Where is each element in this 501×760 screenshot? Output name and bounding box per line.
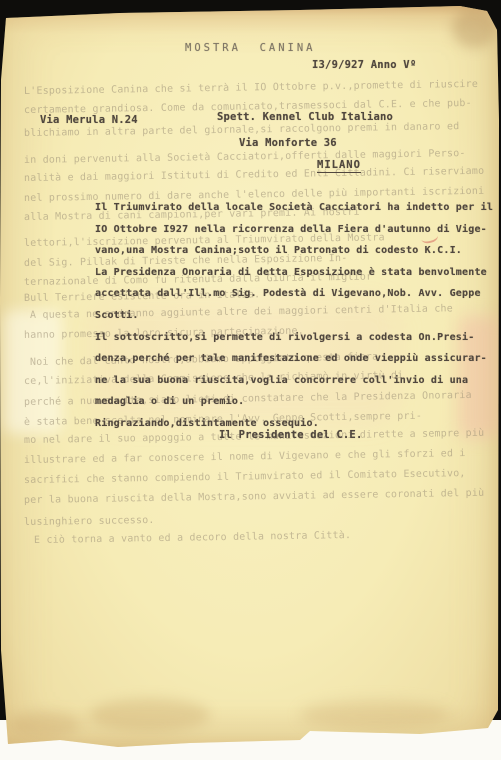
letter-paper: L'Esposizione Canina che si terrà il IO …	[0, 0, 501, 752]
letter-body-line: Il Triumvirato della locale Società Cacc…	[95, 197, 493, 219]
letter-body-line: ne la sua buona riuscita,voglia concorre…	[95, 370, 493, 392]
letter-body-line: vano,una Mostra Canina;sotto il Patronat…	[95, 240, 493, 262]
folded-corner-shade	[452, 8, 498, 48]
date-line: I3/9/927 Anno Vº	[312, 59, 416, 71]
sender-address: Via Merula N.24	[40, 114, 138, 126]
scanned-document: L'Esposizione Canina che si terrà il IO …	[0, 0, 501, 760]
signature-line: Il Presidente del C.E.	[219, 429, 362, 441]
letter-body-line: medaglia o di un premio.	[95, 391, 493, 413]
paper-stain	[90, 698, 210, 732]
ghost-text-line: in doni pervenuti alla Società Cacciator…	[24, 148, 466, 166]
ghost-text-line: lusinghiero successo.	[24, 515, 155, 528]
recipient-street: Via Monforte 36	[239, 137, 337, 149]
letter-body-line: Il sottoscritto,si permette di rivolgers…	[95, 327, 493, 349]
paper-stain	[300, 700, 450, 730]
stamp-header: MOSTRA CANINA	[185, 42, 316, 54]
ghost-text-line: nalità e dai maggiori Istituti di Credit…	[24, 166, 484, 184]
ghost-text-line: per la buona riuscita della Mostra,sono …	[24, 488, 484, 506]
paper-stain	[10, 712, 80, 738]
ghost-text-line: L'Esposizione Canina che si terrà il IO …	[24, 79, 478, 97]
letter-body-line: La Presidenza Onoraria di detta Esposizi…	[95, 262, 493, 284]
recipient-city: MILANO	[317, 159, 361, 173]
recipient-name: Spett. Kennel Club Italiano	[217, 111, 393, 123]
ghost-text-line: sacrifici che stanno compiendo il Triumv…	[24, 468, 466, 486]
letter-body-line: denza,perché per tale manifestazione ed …	[95, 348, 493, 370]
ghost-text-line: E ciò torna a vanto ed a decoro della no…	[34, 530, 351, 546]
letter-body-line: accettata dall'Ill.mo Sig. Podestà di Vi…	[95, 283, 493, 305]
letter-body-line: Scotti.	[95, 305, 493, 327]
ghost-text-line: illustrare ed a far conoscere il nome di…	[24, 448, 466, 466]
